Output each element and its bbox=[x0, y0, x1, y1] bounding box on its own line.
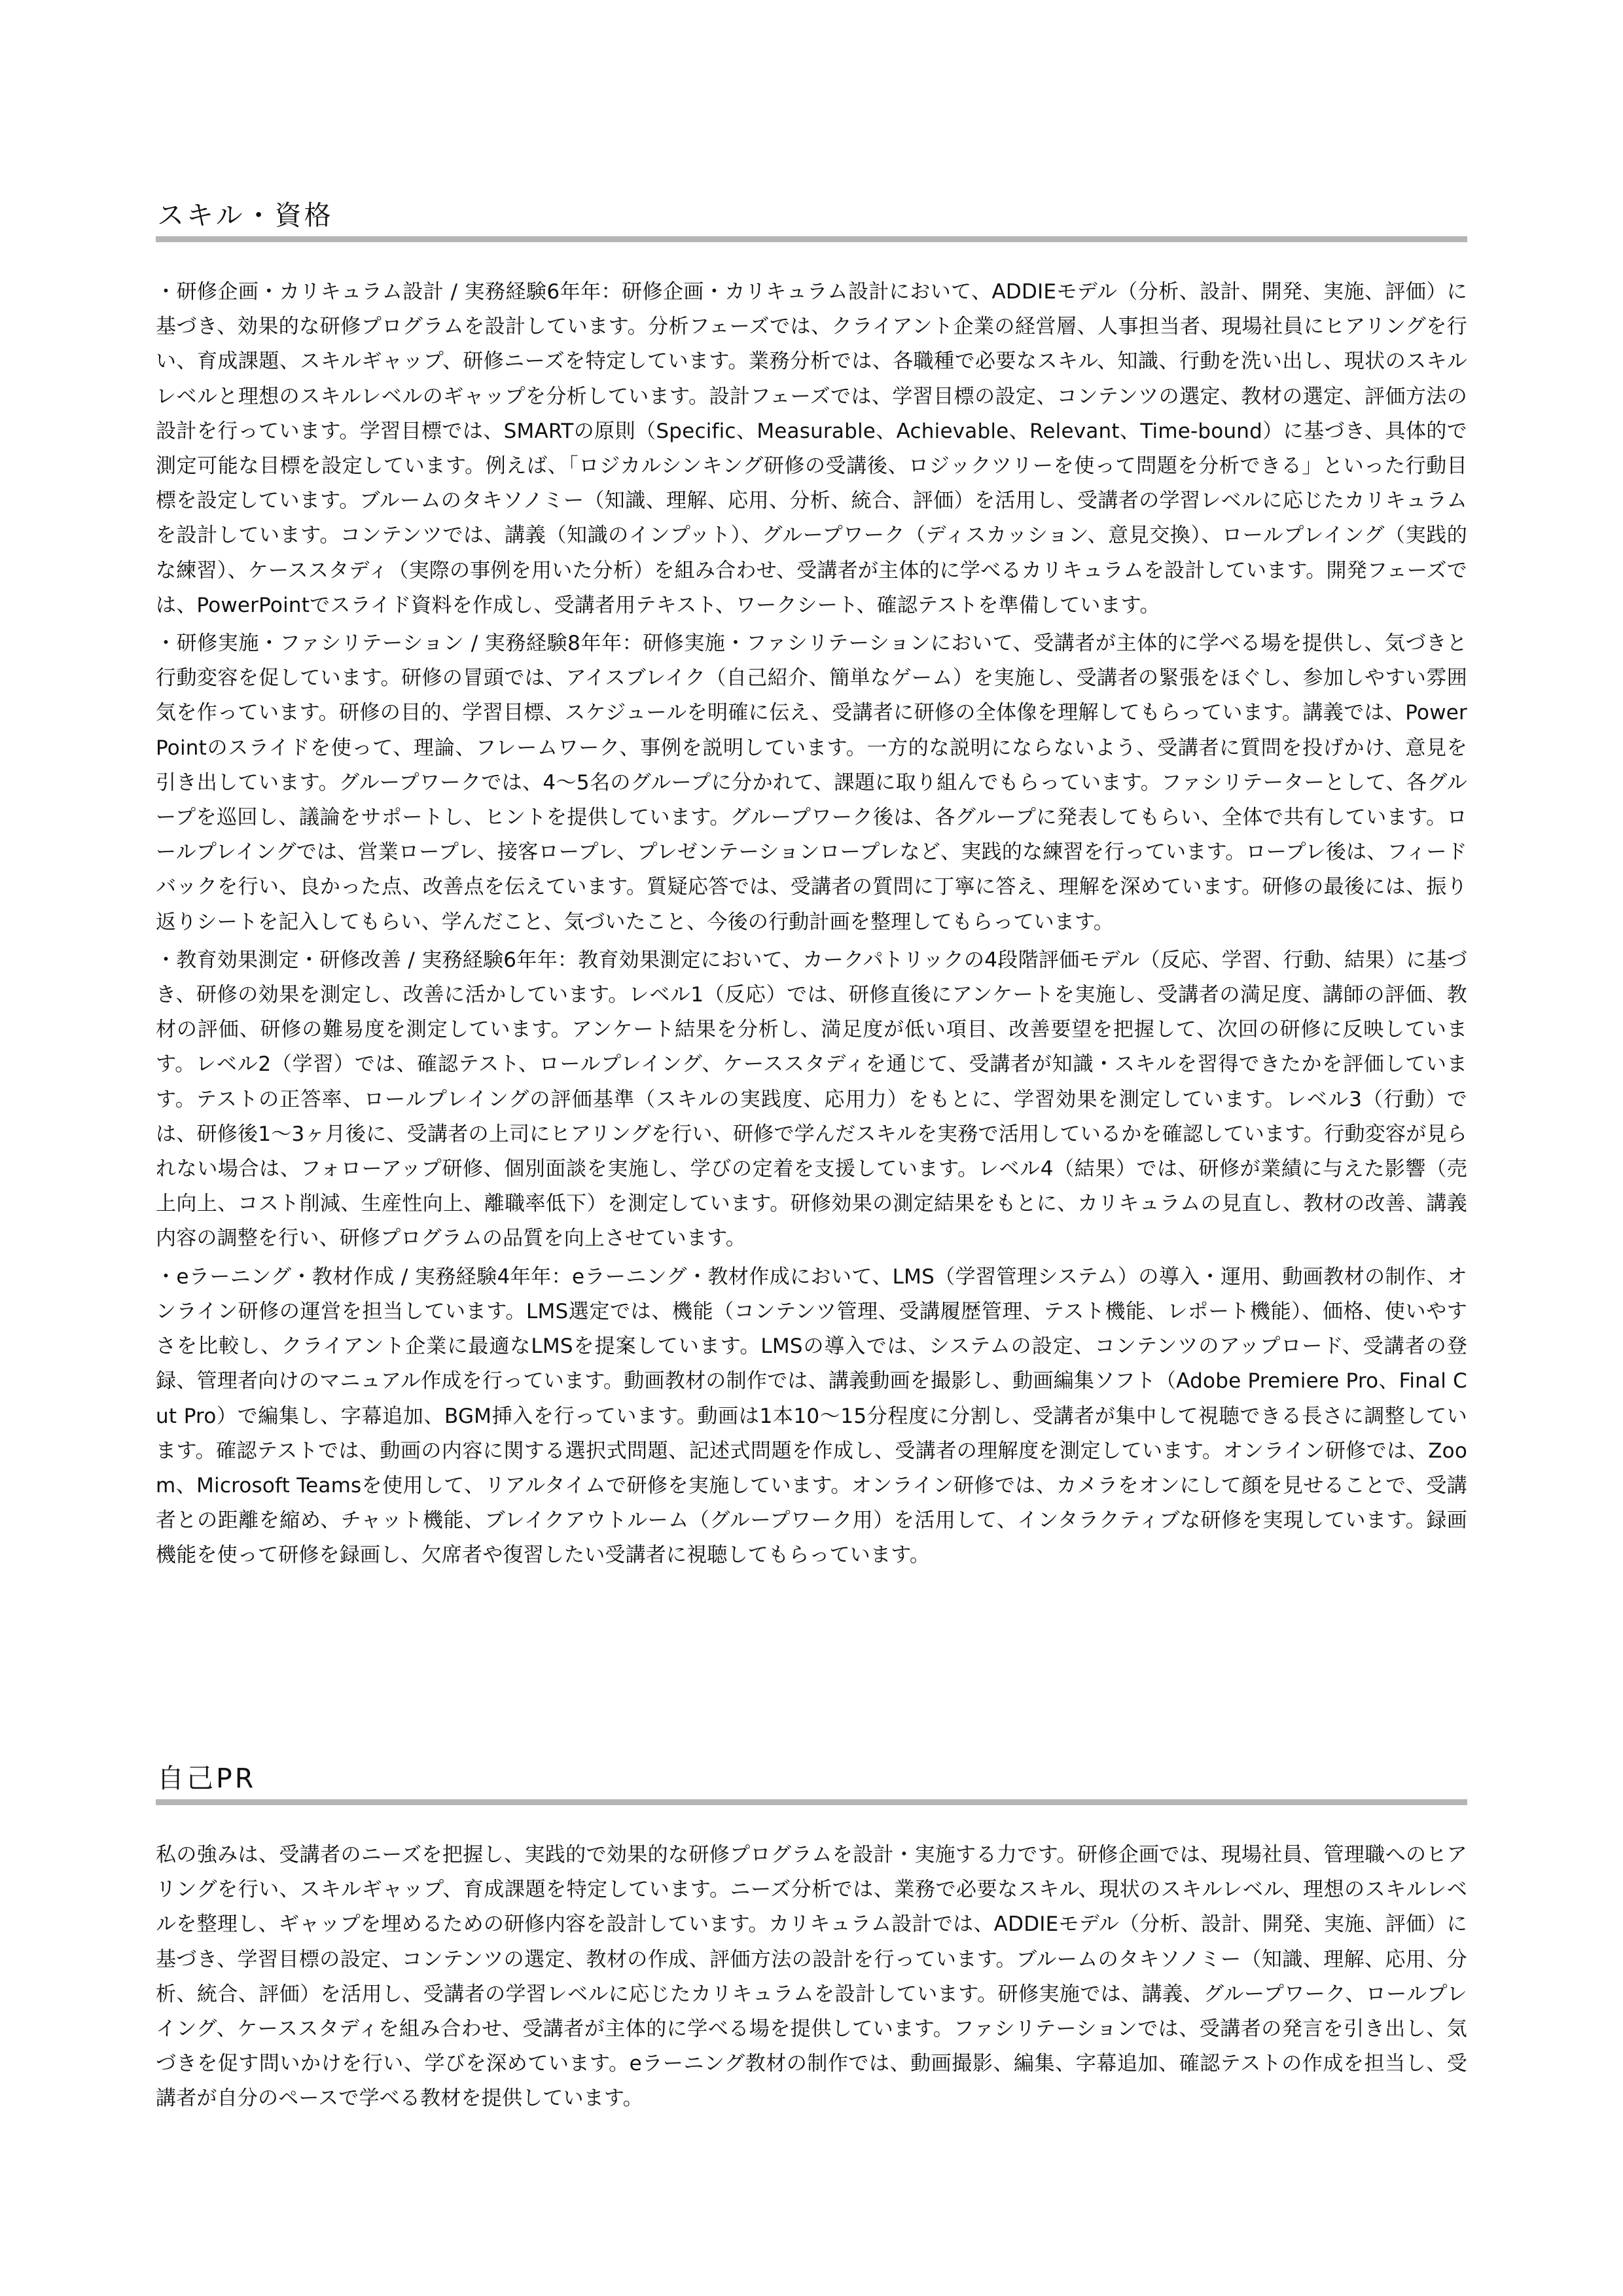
skill-item-elearning: ・eラーニング・教材作成 / 実務経験4年年：eラーニング・教材作成において、L… bbox=[156, 1260, 1467, 1573]
skills-section: スキル・資格 ・研修企画・カリキュラム設計 / 実務経験6年年：研修企画・カリキ… bbox=[156, 199, 1467, 1577]
self-pr-body: 私の強みは、受講者のニーズを把握し、実践的で効果的な研修プログラムを設計・実施す… bbox=[156, 1838, 1467, 2117]
section-title-self-pr: 自己PR bbox=[156, 1762, 1467, 1795]
skills-list: ・研修企画・カリキュラム設計 / 実務経験6年年：研修企画・カリキュラム設計にお… bbox=[156, 275, 1467, 1573]
self-pr-section: 自己PR 私の強みは、受講者のニーズを把握し、実践的で効果的な研修プログラムを設… bbox=[156, 1762, 1467, 2120]
section-divider bbox=[156, 236, 1467, 242]
skill-item-facilitation: ・研修実施・ファシリテーション / 実務経験8年年：研修実施・ファシリテーション… bbox=[156, 626, 1467, 940]
section-divider bbox=[156, 1799, 1467, 1805]
section-title-skills: スキル・資格 bbox=[156, 199, 1467, 232]
self-pr-text: 私の強みは、受講者のニーズを把握し、実践的で効果的な研修プログラムを設計・実施す… bbox=[156, 1838, 1467, 2117]
skill-item-curriculum-design: ・研修企画・カリキュラム設計 / 実務経験6年年：研修企画・カリキュラム設計にお… bbox=[156, 275, 1467, 623]
skill-item-effectiveness-measurement: ・教育効果測定・研修改善 / 実務経験6年年：教育効果測定において、カークパトリ… bbox=[156, 943, 1467, 1257]
